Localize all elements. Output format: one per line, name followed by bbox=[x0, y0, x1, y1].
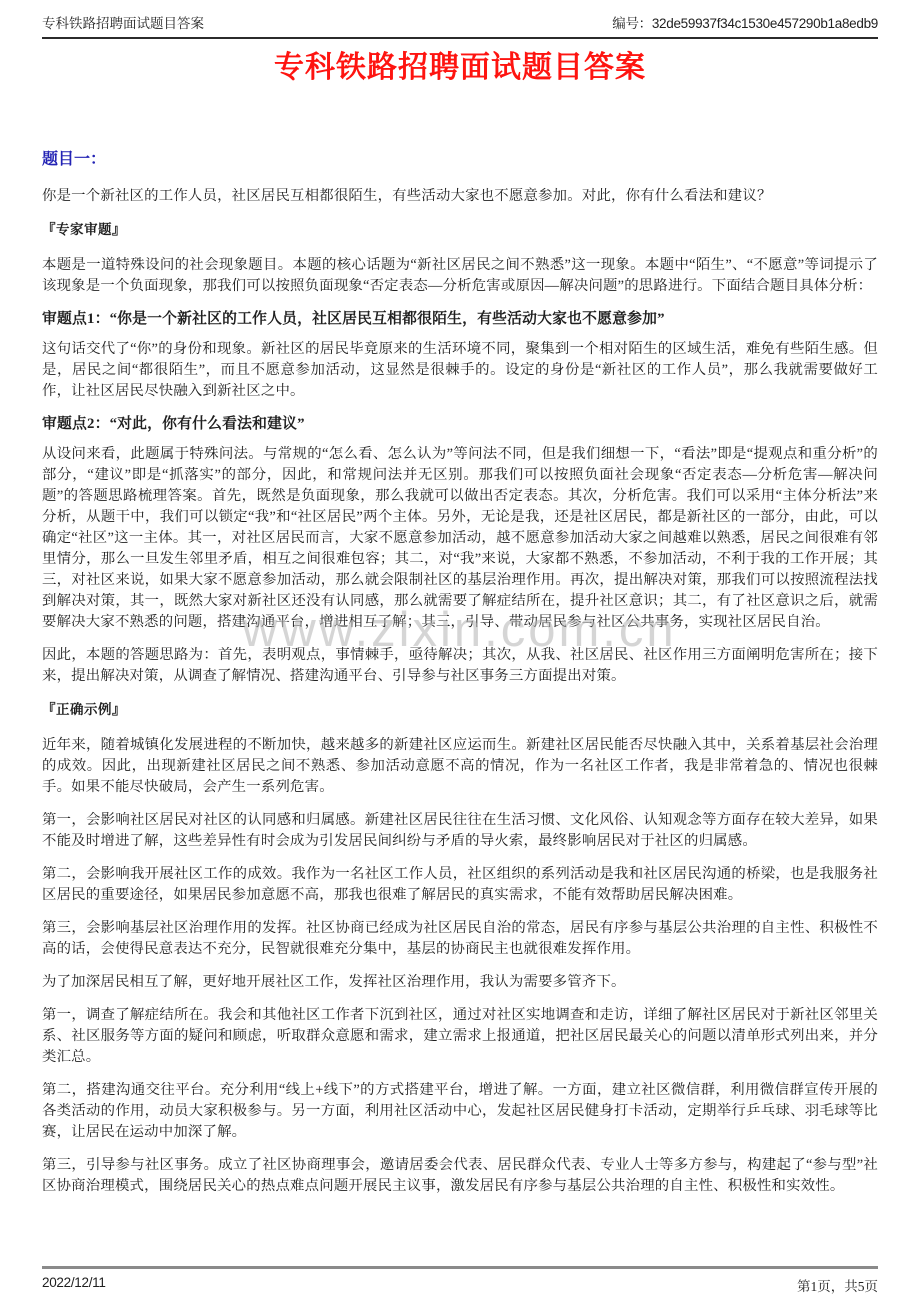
topic-label: 题目一： bbox=[42, 146, 878, 169]
watermark: www.zixin.com.cn bbox=[242, 602, 762, 658]
section-label-expert-review: 『专家审题』 bbox=[42, 219, 878, 240]
paragraph: 第一，会影响社区居民对社区的认同感和归属感。新建社区居民往往在生活习惯、文化风俗… bbox=[42, 810, 878, 852]
paragraph: 为了加深居民相互了解，更好地开展社区工作，发挥社区治理作用，我认为需要多管齐下。 bbox=[42, 972, 878, 993]
section-label-correct-example: 『正确示例』 bbox=[42, 699, 878, 720]
point-heading-2: 审题点2：“对此，你有什么看法和建议” bbox=[42, 414, 878, 435]
document-body: 题目一： 你是一个新社区的工作人员，社区居民互相都很陌生，有些活动大家也不愿意参… bbox=[42, 146, 878, 1209]
point-heading-1: 审题点1：“你是一个新社区的工作人员，社区居民互相都很陌生，有些活动大家也不愿意… bbox=[42, 309, 878, 330]
question-paragraph: 你是一个新社区的工作人员，社区居民互相都很陌生，有些活动大家也不愿意参加。对此，… bbox=[42, 186, 878, 207]
document-title: 专科铁路招聘面试题目答案 bbox=[0, 42, 920, 86]
footer-page-number: 第1页，共5页 bbox=[797, 1275, 878, 1295]
paragraph: 第一，调查了解症结所在。我会和其他社区工作者下沉到社区，通过对社区实地调查和走访… bbox=[42, 1005, 878, 1068]
paragraph: 第三，会影响基层社区治理作用的发挥。社区协商已经成为社区居民自治的常态，居民有序… bbox=[42, 918, 878, 960]
header-doc-title: 专科铁路招聘面试题目答案 bbox=[42, 12, 204, 32]
paragraph: 第二，搭建沟通交往平台。充分利用“线上+线下”的方式搭建平台，增进了解。一方面，… bbox=[42, 1080, 878, 1143]
document-page: 专科铁路招聘面试题目答案 编号：32de59937f34c1530e457290… bbox=[0, 0, 920, 1302]
paragraph: 第二，会影响我开展社区工作的成效。我作为一名社区工作人员，社区组织的系列活动是我… bbox=[42, 864, 878, 906]
header-doc-id: 编号：32de59937f34c1530e457290b1a8edb9 bbox=[612, 12, 878, 32]
page-header: 专科铁路招聘面试题目答案 编号：32de59937f34c1530e457290… bbox=[42, 12, 878, 39]
paragraph: 第三，引导参与社区事务。成立了社区协商理事会，邀请居委会代表、居民群众代表、专业… bbox=[42, 1155, 878, 1197]
page-footer: 2022/12/11 第1页，共5页 bbox=[42, 1266, 878, 1295]
paragraph: 本题是一道特殊设问的社会现象题目。本题的核心话题为“新社区居民之间不熟悉”这一现… bbox=[42, 255, 878, 297]
paragraph: 这句话交代了“你”的身份和现象。新社区的居民毕竟原来的生活环境不同，聚集到一个相… bbox=[42, 339, 878, 402]
footer-date: 2022/12/11 bbox=[42, 1275, 106, 1295]
paragraph: 近年来，随着城镇化发展进程的不断加快，越来越多的新建社区应运而生。新建社区居民能… bbox=[42, 735, 878, 798]
